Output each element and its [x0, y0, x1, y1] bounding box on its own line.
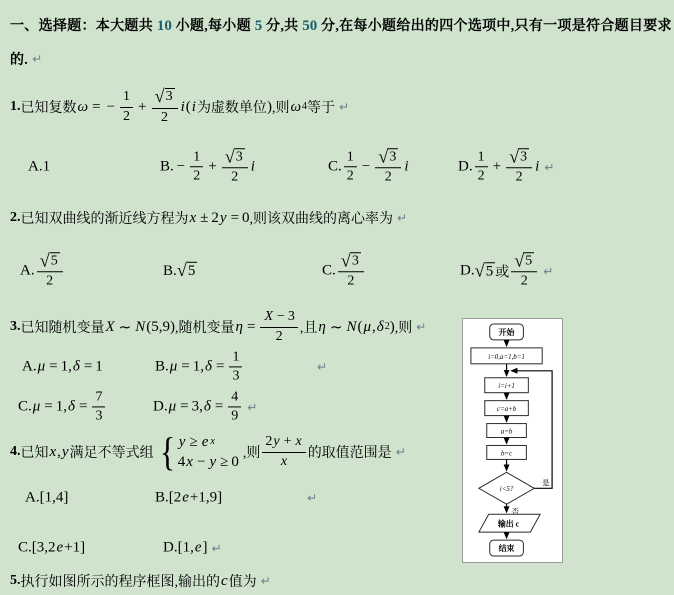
paragraph-mark-icon: ↵	[212, 541, 222, 555]
flowchart-yes-label: 是	[542, 478, 550, 487]
header-segment: 小题,每小题	[172, 19, 255, 34]
question-1-option-a: A.1	[28, 159, 50, 176]
radical-icon: √	[341, 251, 351, 269]
question-3-option-b: B.μ=1,δ=13	[155, 349, 244, 384]
question-3-options-row1: A.μ=1,δ=1 B.μ=1,δ=13 ↵	[0, 347, 674, 387]
paragraph-mark-icon: ↵	[303, 491, 317, 505]
question-3-option-d: D.μ=3,δ=49↵	[153, 389, 257, 424]
question-3-option-c: C.μ=1,δ=73	[18, 389, 107, 424]
flowchart-increment-label: i=i+1	[498, 382, 515, 390]
cases-brace-icon: {	[160, 435, 175, 469]
question-1-options: A.1 B.−12+√32i C.12−√32i D.12+√32i↵	[0, 138, 674, 196]
program-flowchart-figure: 开始 i=0,a=1,b=1 i=i+1 c=a+b a=b b=c	[462, 318, 563, 563]
paragraph-mark-icon: ↵	[317, 360, 327, 374]
paragraph-mark-icon: ↵	[339, 100, 349, 114]
question-2-options: A.√52 B.√5 C.√32 D.√5或√52↵	[0, 243, 674, 299]
paragraph-mark-icon: ↵	[397, 211, 407, 225]
header-segment: 一、选择题：本大题共	[10, 19, 157, 34]
section-header-line1: 一、选择题：本大题共 10 小题,每小题 5 分,共 50 分,在每小题给出的四…	[10, 14, 672, 36]
question-2-option-b: B.√5	[163, 262, 197, 280]
question-4-options-row1: A.[1,4] B.[2e+1,9] ↵	[0, 486, 674, 510]
flowchart-decision-label: i<5?	[500, 485, 514, 493]
question-1-stem: 1.已知复数ω=−12+√32i(i为虚数单位),则ω4等于↵	[10, 84, 349, 130]
radical-icon: √	[378, 147, 388, 165]
question-4-option-b: B.[2e+1,9]	[155, 490, 222, 507]
header-segment: 分,共	[262, 19, 302, 34]
flowchart-assign-a-label: a=b	[501, 428, 513, 436]
flowchart-assign-b-label: b=c	[501, 449, 512, 457]
question-4-option-c: C.[3,2e+1]	[18, 540, 85, 557]
question-1-option-c: C.12−√32i	[328, 148, 410, 186]
radical-icon: √	[40, 251, 50, 269]
header-segment: 10	[157, 18, 172, 34]
paragraph-mark-icon: ↵	[543, 264, 553, 278]
section-header-line2: 的. ↵	[10, 48, 42, 70]
flowchart-canvas: 开始 i=0,a=1,b=1 i=i+1 c=a+b a=b b=c	[463, 319, 562, 562]
question-5-stem: 5.执行如图所示的程序框图,输出的c值为↵	[10, 569, 271, 593]
flowchart-output-label: 输出 c	[497, 519, 520, 529]
section-header-line2-text: 的.	[10, 49, 28, 69]
paragraph-mark-icon: ↵	[544, 160, 554, 174]
flowchart-sum-label: c=a+b	[497, 405, 517, 413]
question-4-option-d: D.[1,e]↵	[163, 540, 222, 557]
flowchart-loop-line	[512, 371, 553, 489]
paragraph-mark-icon: ↵	[313, 360, 327, 374]
flowchart-no-label: 否	[512, 507, 520, 516]
section-header-text: 一、选择题：本大题共 10 小题,每小题 5 分,共 50 分,在每小题给出的四…	[10, 15, 672, 35]
radical-icon: √	[155, 87, 165, 105]
exam-document-page: 一、选择题：本大题共 10 小题,每小题 5 分,共 50 分,在每小题给出的四…	[0, 0, 674, 595]
question-2-option-d: D.√5或√52↵	[460, 252, 553, 290]
header-segment: 分,在每小题给出的四个选项中,只有一项是符合题目要求	[317, 19, 672, 34]
question-3-options-row2: C.μ=1,δ=73 D.μ=3,δ=49↵	[0, 387, 674, 427]
question-4-stem: 4.已知x,y满足不等式组{y≥ex4x−y≥0,则2y+xx的取值范围是↵	[10, 427, 406, 477]
paragraph-mark-icon: ↵	[416, 320, 426, 334]
question-2-stem: 2.已知双曲线的渐近线方程为x±2y=0,则该双曲线的离心率为↵	[10, 206, 407, 230]
question-1-option-d: D.12+√32i↵	[458, 148, 554, 186]
radical-icon: √	[514, 251, 524, 269]
question-2-option-c: C.√32	[322, 252, 366, 290]
flowchart-init-label: i=0,a=1,b=1	[488, 353, 525, 361]
header-segment: 50	[302, 18, 317, 34]
radical-icon: √	[177, 261, 187, 279]
paragraph-mark-icon: ↵	[396, 445, 406, 459]
flowchart-start-label: 开始	[499, 327, 516, 337]
radical-icon: √	[509, 147, 519, 165]
question-3-option-a: A.μ=1,δ=1	[22, 359, 103, 376]
question-2-option-a: A.√52	[20, 252, 65, 290]
paragraph-mark-icon: ↵	[261, 574, 271, 588]
flowchart-end-label: 结束	[499, 543, 515, 553]
paragraph-mark-icon: ↵	[32, 52, 42, 66]
question-3-stem: 3.已知随机变量X∼N(5,9),随机变量η=X−32,且η∼N(μ,δ2),则…	[10, 305, 426, 349]
question-4-option-a: A.[1,4]	[25, 490, 68, 507]
question-4-options-row2: C.[3,2e+1] D.[1,e]↵	[0, 536, 674, 560]
paragraph-mark-icon: ↵	[247, 400, 257, 414]
radical-icon: √	[225, 147, 235, 165]
radical-icon: √	[475, 261, 485, 279]
question-1-option-b: B.−12+√32i	[160, 148, 256, 186]
paragraph-mark-icon: ↵	[307, 491, 317, 505]
